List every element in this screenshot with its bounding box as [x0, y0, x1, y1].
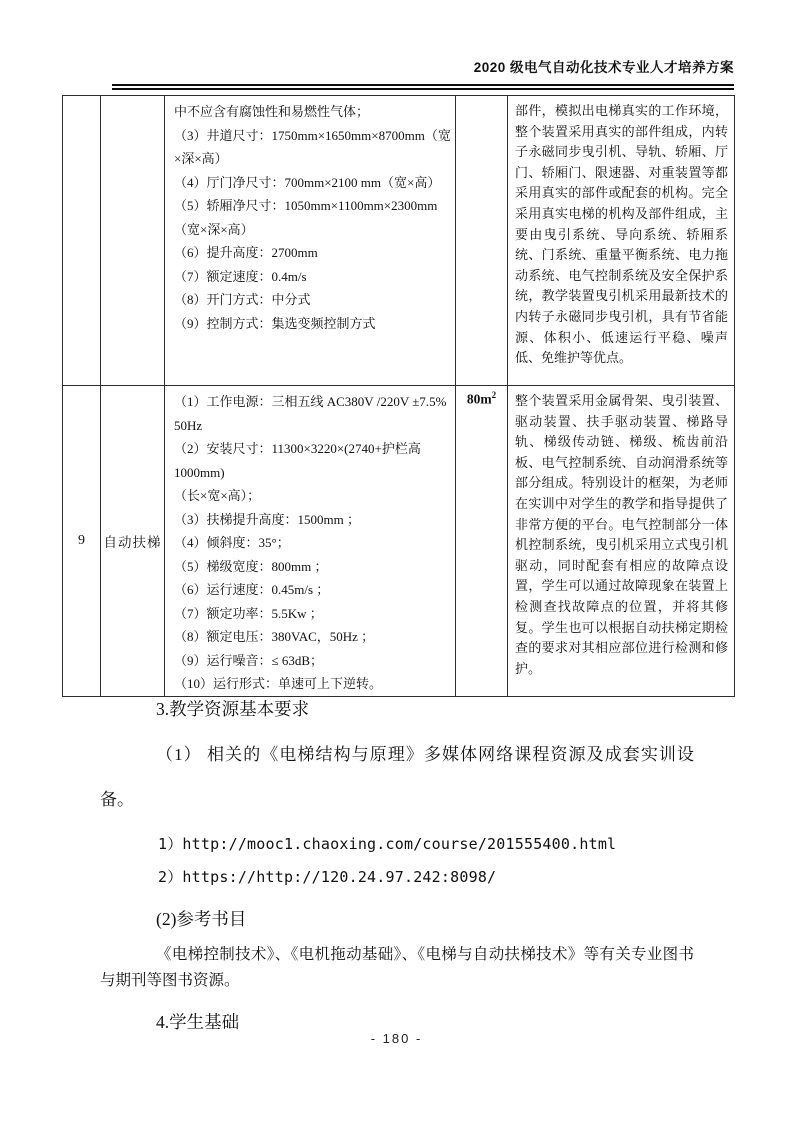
cell-description: 整个装置采用金属骨架、曳引装置、驱动装置、扶手驱动装置、梯路导轨、梯级传动链、梯… [508, 386, 735, 697]
spec-line: （3）扶梯提升高度：1500mm ； [174, 508, 451, 532]
resource-requirement-paragraph: （1） 相关的《电梯结构与原理》多媒体网络课程资源及成套实训设备。 [100, 732, 694, 822]
spec-line: 中不应含有腐蚀性和易燃性气体； [174, 100, 451, 124]
document-page: 2020 级电气自动化技术专业人才培养方案 中不应含有腐蚀性和易燃性气体；（3）… [0, 0, 793, 1122]
header-title: 2020 级电气自动化技术专业人才培养方案 [474, 60, 734, 75]
page-number: - 180 - [371, 1031, 423, 1046]
cell-area [456, 96, 508, 386]
cell-description: 部件，模拟出电梯真实的工作环境，整个装置采用真实的部件组成，内转子永磁同步曳引机… [508, 96, 735, 386]
spec-line: （6）运行速度：0.45m/s ； [174, 578, 451, 602]
cell-equipment-name [101, 96, 165, 386]
course-url-1: 1）http://mooc1.chaoxing.com/course/20155… [158, 828, 694, 861]
spec-line: （5）轿厢净尺寸：1050mm×1100mm×2300mm（宽×深×高） [174, 194, 451, 241]
section-heading-teaching-resources: 3.教学资源基本要求 [100, 696, 694, 722]
spec-line: （9）控制方式：集选变频控制方式 [174, 312, 451, 336]
page-header: 2020 级电气自动化技术专业人才培养方案 [62, 56, 734, 76]
cell-index: 9 [63, 386, 101, 697]
reference-books-paragraph: 《电梯控制技术》、《电机拖动基础》、《电梯与自动扶梯技术》等有关专业图书与期刊等… [100, 942, 694, 993]
table-row-continuation: 中不应含有腐蚀性和易燃性气体；（3）井道尺寸：1750mm×1650mm×870… [63, 96, 735, 386]
spec-line: （4）厅门净尺寸：700mm×2100 mm（宽×高） [174, 171, 451, 195]
page-footer: - 180 - [0, 1031, 793, 1046]
spec-line: （4）倾斜度：35°； [174, 531, 451, 555]
spec-line: （8）开门方式：中分式 [174, 288, 451, 312]
header-double-rule [112, 84, 734, 90]
cell-area: 80m2 [456, 386, 508, 697]
url-list: 1）http://mooc1.chaoxing.com/course/20155… [100, 828, 694, 894]
area-superscript: 2 [492, 390, 497, 400]
equipment-spec-table: 中不应含有腐蚀性和易燃性气体；（3）井道尺寸：1750mm×1650mm×870… [62, 95, 735, 697]
cell-specifications: （1）工作电源：三相五线 AC380V /220V ±7.5% 50Hz（2）安… [165, 386, 456, 697]
spec-line: （3）井道尺寸：1750mm×1650mm×8700mm（宽×深×高） [174, 124, 451, 171]
cell-index [63, 96, 101, 386]
body-text-block: 3.教学资源基本要求 （1） 相关的《电梯结构与原理》多媒体网络课程资源及成套实… [100, 684, 694, 1045]
spec-list: （1）工作电源：三相五线 AC380V /220V ±7.5% 50Hz（2）安… [174, 390, 451, 696]
reference-books-heading: (2)参考书目 [100, 906, 694, 932]
spec-line: （9）运行噪音：≤ 63dB； [174, 649, 451, 673]
spec-line: （2）安装尺寸：11300×3220×(2740+护栏高1000mm) [174, 437, 451, 484]
course-url-2: 2）https://http://120.24.97.242:8098/ [158, 861, 694, 894]
spec-line: （长×宽×高）； [174, 484, 451, 508]
table-row-escalator: 9 自动扶梯 （1）工作电源：三相五线 AC380V /220V ±7.5% 5… [63, 386, 735, 697]
spec-line: （7）额定速度：0.4m/s [174, 265, 451, 289]
cell-specifications: 中不应含有腐蚀性和易燃性气体；（3）井道尺寸：1750mm×1650mm×870… [165, 96, 456, 386]
cell-equipment-name: 自动扶梯 [101, 386, 165, 697]
spec-line: （1）工作电源：三相五线 AC380V /220V ±7.5% 50Hz [174, 390, 451, 437]
spec-line: （5）梯级宽度：800mm ； [174, 555, 451, 579]
spec-line: （7）额定功率：5.5Kw ； [174, 602, 451, 626]
spec-line: （8）额定电压：380VAC，50Hz ； [174, 625, 451, 649]
area-value: 80m [467, 392, 492, 407]
spec-line: （6）提升高度：2700mm [174, 241, 451, 265]
spec-list: 中不应含有腐蚀性和易燃性气体；（3）井道尺寸：1750mm×1650mm×870… [174, 100, 451, 335]
